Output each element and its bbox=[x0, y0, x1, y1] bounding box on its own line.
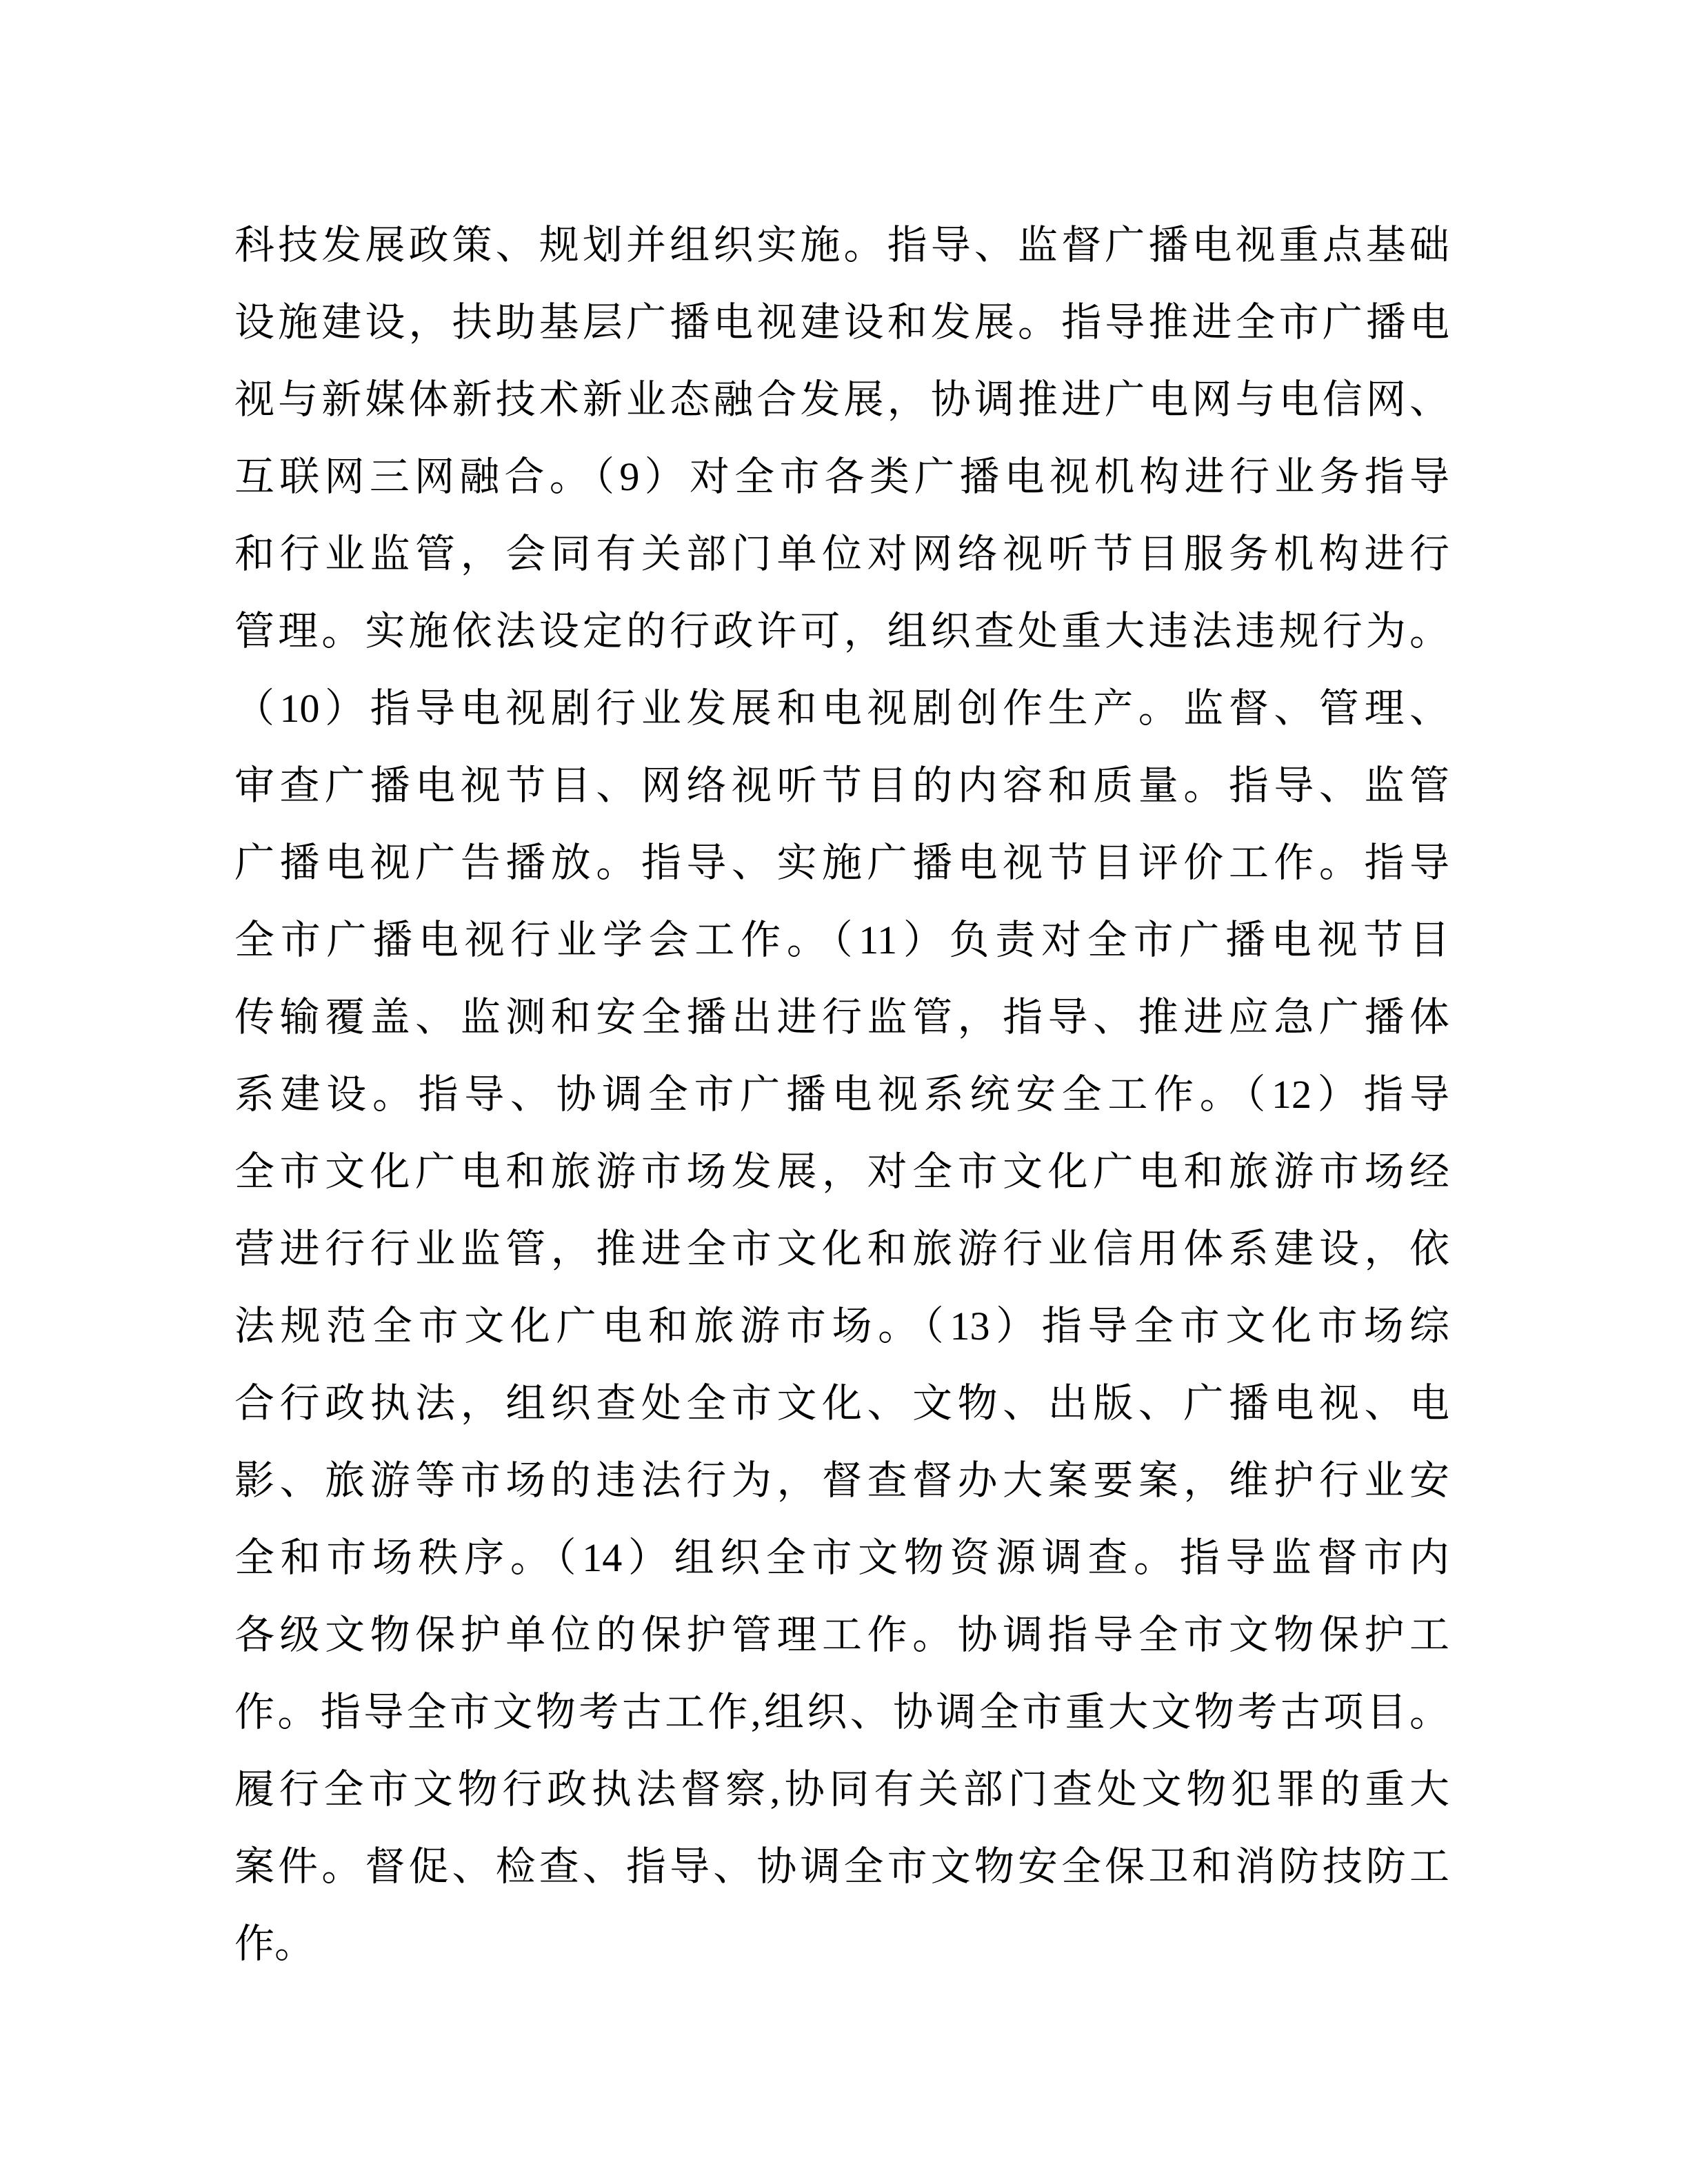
text-line-3: 视与新媒体新技术新业态融合发展，协调推进广电网与电信网、 bbox=[234, 361, 1449, 438]
text-line-10: 全市广播电视行业学会工作。（11）负责对全市广播电视节目 bbox=[234, 902, 1449, 979]
text-line-22: 案件。督促、检查、指导、协调全市文物安全保卫和消防技防工 bbox=[234, 1828, 1449, 1905]
text-line-20: 作。指导全市文物考古工作,组织、协调全市重大文物考古项目。 bbox=[234, 1674, 1449, 1751]
text-line-13: 全市文化广电和旅游市场发展，对全市文化广电和旅游市场经 bbox=[234, 1133, 1449, 1211]
text-line-6: 管理。实施依法设定的行政许可，组织查处重大违法违规行为。 bbox=[234, 593, 1449, 670]
text-line-15: 法规范全市文化广电和旅游市场。（13）指导全市文化市场综 bbox=[234, 1288, 1449, 1365]
text-line-21: 履行全市文物行政执法督察,协同有关部门查处文物犯罪的重大 bbox=[234, 1751, 1449, 1828]
text-line-1: 科技发展政策、规划并组织实施。指导、监督广播电视重点基础 bbox=[234, 207, 1449, 284]
text-line-11: 传输覆盖、监测和安全播出进行监管，指导、推进应急广播体 bbox=[234, 979, 1449, 1056]
text-line-8: 审查广播电视节目、网络视听节目的内容和质量。指导、监管 bbox=[234, 747, 1449, 825]
text-line-2: 设施建设，扶助基层广播电视建设和发展。指导推进全市广播电 bbox=[234, 284, 1449, 361]
text-line-14: 营进行行业监管，推进全市文化和旅游行业信用体系建设，依 bbox=[234, 1211, 1449, 1288]
text-line-9: 广播电视广告播放。指导、实施广播电视节目评价工作。指导 bbox=[234, 825, 1449, 902]
body-text: 科技发展政策、规划并组织实施。指导、监督广播电视重点基础 设施建设，扶助基层广播… bbox=[234, 207, 1449, 1983]
text-line-5: 和行业监管，会同有关部门单位对网络视听节目服务机构进行 bbox=[234, 516, 1449, 593]
text-line-16: 合行政执法，组织查处全市文化、文物、出版、广播电视、电 bbox=[234, 1365, 1449, 1442]
text-line-23: 作。 bbox=[234, 1905, 1449, 1983]
text-line-18: 全和市场秩序。（14）组织全市文物资源调查。指导监督市内 bbox=[234, 1519, 1449, 1597]
text-line-17: 影、旅游等市场的违法行为，督查督办大案要案，维护行业安 bbox=[234, 1442, 1449, 1519]
text-line-19: 各级文物保护单位的保护管理工作。协调指导全市文物保护工 bbox=[234, 1597, 1449, 1674]
text-line-7: （10）指导电视剧行业发展和电视剧创作生产。监督、管理、 bbox=[234, 670, 1449, 747]
document-page: 科技发展政策、规划并组织实施。指导、监督广播电视重点基础 设施建设，扶助基层广播… bbox=[0, 0, 1688, 2184]
text-line-12: 系建设。指导、协调全市广播电视系统安全工作。（12）指导 bbox=[234, 1056, 1449, 1133]
text-line-4: 互联网三网融合。（9）对全市各类广播电视机构进行业务指导 bbox=[234, 438, 1449, 516]
